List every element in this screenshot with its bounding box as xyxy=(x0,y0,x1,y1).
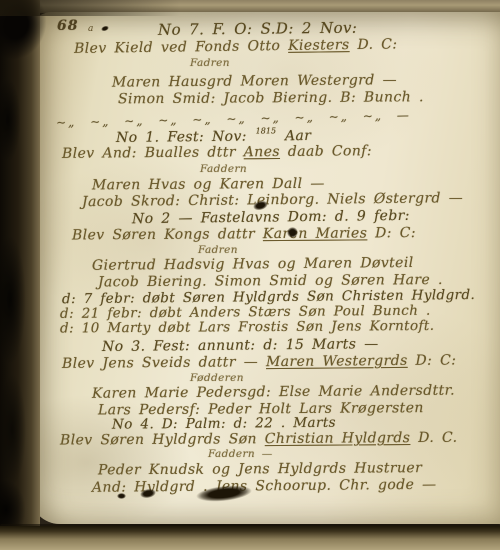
entry4-witnesses-1: Peder Knudsk og Jens Hyldgrds Hustruer xyxy=(98,459,492,478)
entry2-text: Blev Søren Kongs dattr Karen Maries D: C… xyxy=(72,224,492,243)
entry3-text: Blev Jens Sveids dattr — Maren Westergrd… xyxy=(62,352,492,372)
manuscript-text-block: No 7. F. O: S.D: 2 Nov:Blev Kield ved Fo… xyxy=(40,20,492,494)
scanned-register-page: 68 a No 7. F. O: S.D: 2 Nov:Blev Kield v… xyxy=(0,0,500,550)
entry1-witness-label: Faddern xyxy=(200,163,492,175)
book-bottom-edge xyxy=(0,526,500,550)
entry7-witnesses-2: Simon Smid: Jacob Biering. B: Bunch . xyxy=(118,89,492,108)
entry2-witnesses-1: Giertrud Hadsvig Hvas og Maren Døvteil xyxy=(92,254,492,274)
top-edge-shadow xyxy=(0,0,180,16)
entry7-witnesses-1: Maren Hausgrd Moren Westergrd — xyxy=(112,71,492,91)
entry7-witness-label: Fadren xyxy=(190,57,492,69)
book-spine-shadow xyxy=(0,0,40,550)
baptism-note-3: d: 10 Marty døbt Lars Frostis Søn Jens K… xyxy=(60,318,492,337)
entry7-text: Blev Kield ved Fonds Otto Kiesters D. C: xyxy=(74,35,492,57)
entry4-text: Blev Søren Hyldgrds Søn Christian Hyldgr… xyxy=(60,430,492,449)
entry3-witnesses-1: Karen Marie Pedersgd: Else Marie Andersd… xyxy=(92,382,492,402)
entry4-witness-label: Faddern — xyxy=(208,448,492,460)
entry1-text: Blev And: Bualles dttr Anes daab Conf: xyxy=(62,143,492,163)
